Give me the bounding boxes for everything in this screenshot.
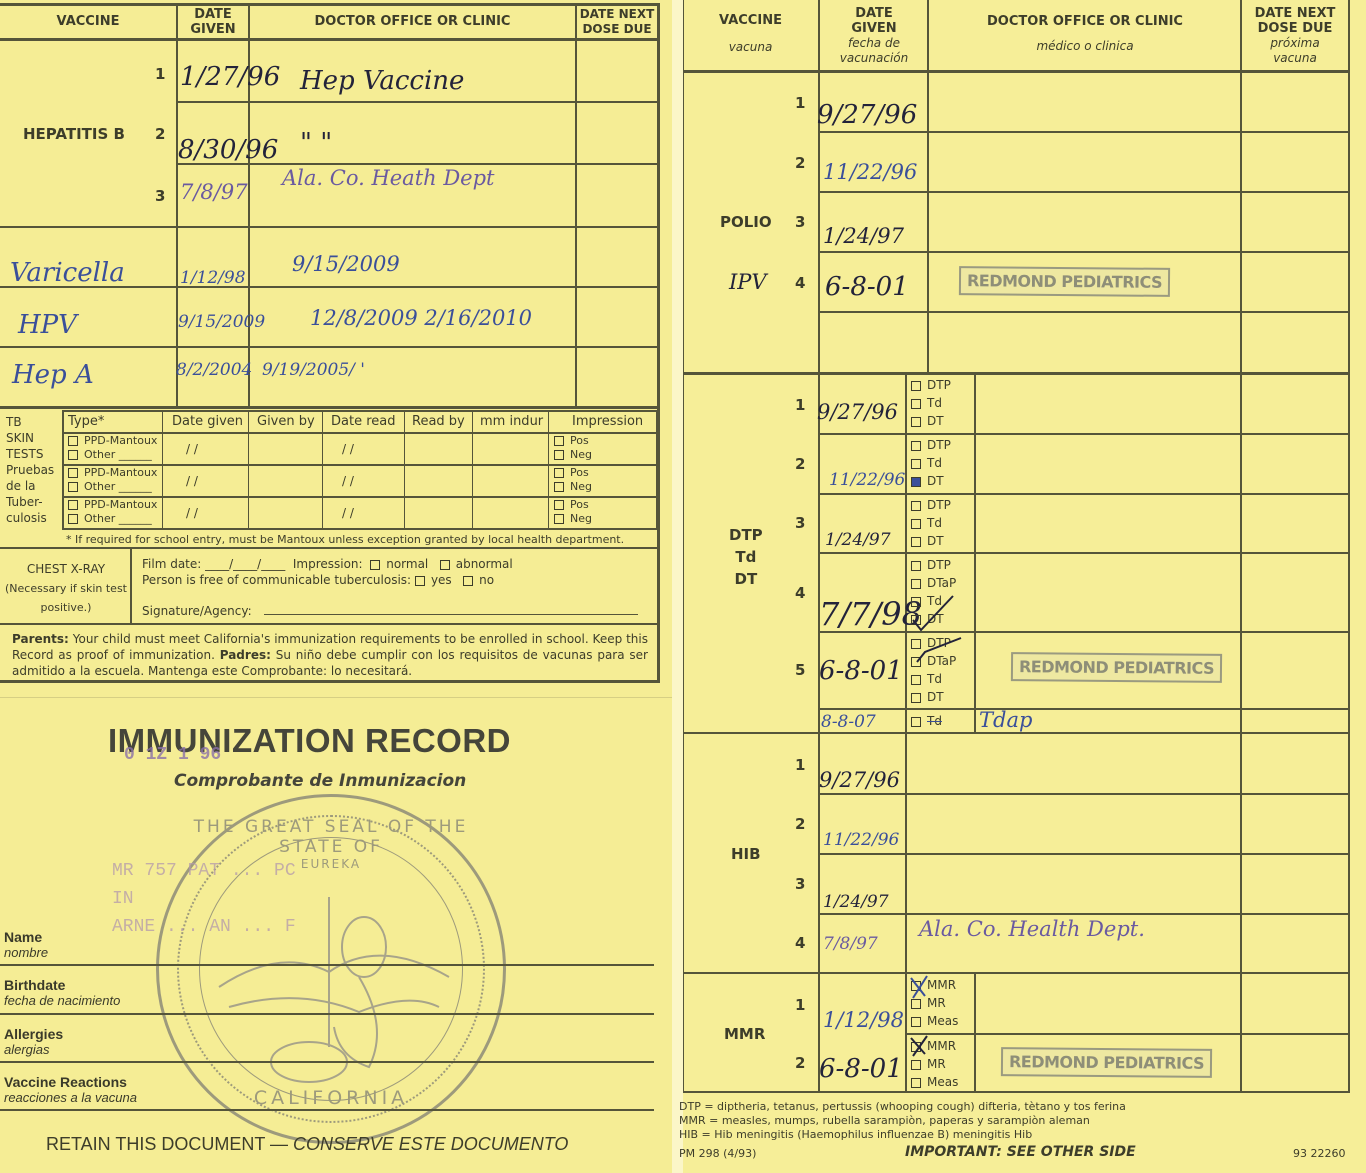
dose-number: 1 <box>795 996 805 1014</box>
checkbox[interactable] <box>911 693 921 703</box>
tb-side-label: TB SKIN TESTS Pruebas de la Tuber- culos… <box>6 414 54 526</box>
header-date-given: DATE GIVEN fecha de vacunación <box>820 6 928 66</box>
header-next-dose: DATE NEXT DOSE DUE <box>577 7 657 37</box>
field-vaccine-reactions: Vaccine Reactions reacciones a la vacuna <box>4 1074 137 1106</box>
dtp-dose5-date: 6-8-01 <box>819 656 903 686</box>
divider <box>820 311 1350 313</box>
divider <box>818 0 820 1093</box>
tb-row-2-date-given[interactable]: / / <box>186 474 198 488</box>
checkbox-checked[interactable] <box>911 501 921 511</box>
field-birthdate: Birthdate fecha de nacimiento <box>4 977 120 1009</box>
divider <box>0 226 658 228</box>
hib-dose1-date: 9/27/96 <box>819 768 900 792</box>
checkbox-normal[interactable] <box>370 560 380 570</box>
checkbox[interactable] <box>554 482 564 492</box>
checkbox-yes[interactable] <box>415 576 425 586</box>
dtp-booster-clinic: Tdap <box>979 708 1032 732</box>
dtp-booster-options: Td <box>911 712 942 730</box>
checkbox-no[interactable] <box>463 576 473 586</box>
divider <box>820 493 1350 495</box>
dose-number: 5 <box>795 661 805 679</box>
address-stamp: MR 757 PAT ... PC IN ARNE ... AN ... F <box>112 857 296 941</box>
seal-figure-icon <box>159 797 503 1141</box>
dtp-dose2-date: 11/22/96 <box>829 470 905 490</box>
record-subtitle: Comprobante de Inmunizacion <box>174 771 466 791</box>
header-next-dose: DATE NEXT DOSE DUE próxima vacuna <box>1243 6 1347 66</box>
checkbox[interactable] <box>554 468 564 478</box>
checkbox[interactable] <box>911 417 921 427</box>
checkbox[interactable] <box>911 561 921 571</box>
tb-col-date-read: Date read <box>331 415 395 429</box>
divider <box>683 70 1350 73</box>
divider <box>820 552 1350 554</box>
dose-number: 2 <box>795 1054 805 1072</box>
left-panel-front: VACCINE DATE GIVEN DOCTOR OFFICE OR CLIN… <box>0 0 672 1173</box>
tb-col-type: Type* <box>68 415 104 429</box>
dose-number: 2 <box>155 125 165 143</box>
dose-number: 2 <box>795 154 805 172</box>
divider <box>0 623 658 625</box>
tb-row-2-type: PPD-Mantoux Other ______ <box>68 466 157 494</box>
header-date-given: DATE GIVEN <box>178 7 248 37</box>
mmr-dose2-date: 6-8-01 <box>819 1054 903 1084</box>
clinic-stamp: REDMOND PEDIATRICS <box>959 266 1170 297</box>
dtp-dose1-date: 9/27/96 <box>817 400 898 424</box>
hepa-date-2: 9/19/2005/ ' <box>262 360 365 380</box>
divider <box>820 131 1350 133</box>
divider <box>322 410 323 530</box>
chest-xray-line1: Film date: ____/____/____ Impression: no… <box>142 557 513 571</box>
checkbox[interactable] <box>68 482 78 492</box>
signature-label: Signature/Agency: <box>142 604 252 618</box>
dose-number: 3 <box>795 213 805 231</box>
dtp-dose4-date: 7/7/98 <box>819 595 922 633</box>
dose-number: 1 <box>795 756 805 774</box>
divider <box>0 38 658 41</box>
checkbox[interactable] <box>68 436 78 446</box>
polio-dose3-date: 1/24/97 <box>823 224 904 248</box>
field-name: Name nombre <box>4 929 48 961</box>
dose-number: 4 <box>795 274 805 292</box>
divider <box>683 972 1350 974</box>
chest-xray-line2: Person is free of communicable tuberculo… <box>142 573 494 587</box>
vaccine-label-hepatitis-b: HEPATITIS B <box>23 125 125 143</box>
divider <box>683 372 1350 375</box>
varicella-date-2: 9/15/2009 <box>292 252 400 276</box>
divider <box>820 793 1350 795</box>
dose-number: 1 <box>795 94 805 112</box>
checkbox[interactable] <box>911 381 921 391</box>
divider <box>0 547 658 549</box>
tb-row-3-type: PPD-Mantoux Other ______ <box>68 498 157 526</box>
checkbox[interactable] <box>68 500 78 510</box>
tb-row-3-date-read[interactable]: / / <box>342 506 354 520</box>
reactions-input-line[interactable] <box>0 1109 654 1111</box>
tb-row-2-date-read[interactable]: / / <box>342 474 354 488</box>
polio-dose1-date: 9/27/96 <box>817 100 917 130</box>
tb-col-impression: Impression <box>572 415 643 429</box>
checkbox[interactable] <box>911 579 921 589</box>
tb-row-3-impression: Pos Neg <box>554 498 592 526</box>
divider <box>176 101 658 103</box>
divider <box>0 406 658 409</box>
tb-row-1-date-read[interactable]: / / <box>342 442 354 456</box>
chest-xray-label: CHEST X-RAY (Necessary if skin test posi… <box>4 560 128 617</box>
divider <box>820 433 1350 435</box>
checkbox-abnormal[interactable] <box>440 560 450 570</box>
divider <box>130 547 132 623</box>
varicella-label: Varicella <box>10 258 125 288</box>
clinic-stamp: REDMOND PEDIATRICS <box>1011 652 1222 683</box>
checkbox-checked[interactable] <box>911 477 921 487</box>
tb-row-1-type: PPD-Mantoux Other ______ <box>68 434 157 462</box>
checkbox[interactable] <box>911 459 921 469</box>
retain-notice: RETAIN THIS DOCUMENT — CONSERVE ESTE DOC… <box>46 1134 568 1155</box>
divider <box>820 708 1350 710</box>
tb-footnote: * If required for school entry, must be … <box>66 533 624 547</box>
right-panel-back: VACCINE vacuna DATE GIVEN fecha de vacun… <box>683 0 1366 1173</box>
hib-dose4-clinic: Ala. Co. Health Dept. <box>919 917 1145 941</box>
clinic-stamp: REDMOND PEDIATRICS <box>1001 1047 1212 1078</box>
polio-dose2-date: 11/22/96 <box>823 160 917 184</box>
varicella-date: 1/12/98 <box>180 268 246 288</box>
tb-col-mm-indur: mm indur <box>480 415 543 429</box>
parents-note: Parents: Your child must meet California… <box>12 631 648 679</box>
checkbox[interactable] <box>68 468 78 478</box>
header-vaccine: VACCINE vacuna <box>683 13 818 55</box>
form-number: PM 298 (4/93) <box>679 1147 756 1161</box>
hepb-dose2-date: 8/30/96 <box>178 135 278 165</box>
tb-col-read-by: Read by <box>412 415 465 429</box>
checkbox[interactable] <box>911 537 921 547</box>
signature-line[interactable] <box>264 614 638 615</box>
divider <box>548 410 549 530</box>
divider <box>404 410 405 530</box>
divider <box>683 732 1350 734</box>
vaccine-label-dtp: DTP Td DT <box>729 524 763 590</box>
dose-number: 4 <box>795 934 805 952</box>
divider <box>1240 0 1242 1093</box>
birthdate-input-line[interactable] <box>0 1013 654 1015</box>
header-vaccine: VACCINE <box>0 14 176 29</box>
checkbox[interactable] <box>911 717 921 727</box>
dtp-booster-date: 8-8-07 <box>821 712 876 732</box>
hpv-date: 9/15/2009 <box>178 312 265 332</box>
field-allergies: Allergies alergias <box>4 1026 63 1058</box>
checkbox[interactable] <box>911 1078 921 1088</box>
dose-number: 3 <box>155 187 165 205</box>
hib-dose3-date: 1/24/97 <box>823 892 889 912</box>
polio-dose4-date: 6-8-01 <box>825 272 909 302</box>
checkbox[interactable] <box>68 450 78 460</box>
hepb-dose1-date: 1/27/96 <box>180 62 280 92</box>
allergies-input-line[interactable] <box>0 1061 654 1063</box>
tb-row-3-date-given[interactable]: / / <box>186 506 198 520</box>
hepa-label: Hep A <box>12 360 94 390</box>
divider <box>905 1033 1350 1035</box>
divider <box>248 410 249 530</box>
checkbox[interactable] <box>554 450 564 460</box>
hib-dose4-date: 7/8/97 <box>823 934 878 954</box>
checkbox[interactable] <box>554 436 564 446</box>
divider <box>927 0 929 373</box>
tb-row-2-impression: Pos Neg <box>554 466 592 494</box>
state-seal-icon: THE GREAT SEAL OF THE STATE OF EUREKA CA… <box>156 794 506 1144</box>
tb-row-1-date-given[interactable]: / / <box>186 442 198 456</box>
mmr-dose1-date: 1/12/98 <box>823 1008 904 1032</box>
page-gutter <box>672 0 683 1173</box>
header-doctor-office: DOCTOR OFFICE OR CLINIC médico o clinica <box>929 14 1241 54</box>
vaccine-label-hib: HIB <box>731 845 761 863</box>
x-mark-icon <box>907 974 937 1064</box>
vaccine-label-polio: POLIO <box>720 213 772 231</box>
checkbox[interactable] <box>68 514 78 524</box>
hpv-later-dates: 12/8/2009 2/16/2010 <box>310 306 532 330</box>
fold-line <box>0 697 672 698</box>
name-input-line[interactable] <box>0 964 654 966</box>
header-doctor-office: DOCTOR OFFICE OR CLINIC <box>250 14 575 29</box>
dose-number: 4 <box>795 584 805 602</box>
divider <box>820 913 1350 915</box>
dose-number: 2 <box>795 455 805 473</box>
checkbox[interactable] <box>911 399 921 409</box>
ipv-note: IPV <box>729 270 767 294</box>
divider <box>472 410 473 530</box>
dtp-dose1-options: DTP Td DT <box>911 376 951 430</box>
tb-col-given-by: Given by <box>257 415 315 429</box>
dose-number: 3 <box>795 514 805 532</box>
hepb-dose2-clinic: " " <box>300 128 332 158</box>
dtp-dose3-date: 1/24/97 <box>825 530 891 550</box>
dtp-dose2-options: DTP Td DT <box>911 436 951 490</box>
dose-number: 2 <box>795 815 805 833</box>
checkbox[interactable] <box>554 514 564 524</box>
hepb-dose3-date: 7/8/97 <box>180 180 248 204</box>
checkmark-icon <box>909 590 969 670</box>
checkbox[interactable] <box>554 500 564 510</box>
dose-number: 3 <box>795 875 805 893</box>
form-code: 93 22260 <box>1293 1147 1346 1161</box>
tb-row-1-impression: Pos Neg <box>554 434 592 462</box>
checkbox[interactable] <box>911 441 921 451</box>
date-stamp: 0 1Z 1 96 <box>124 745 221 765</box>
divider <box>162 410 163 530</box>
hpv-label: HPV <box>18 310 77 340</box>
hib-dose2-date: 11/22/96 <box>823 830 899 850</box>
important-notice: IMPORTANT: SEE OTHER SIDE <box>905 1145 1136 1159</box>
hepb-dose1-clinic: Hep Vaccine <box>300 66 464 96</box>
hepa-date: 8/2/2004 <box>176 360 252 380</box>
divider <box>820 853 1350 855</box>
vaccine-label-mmr: MMR <box>724 1025 765 1043</box>
hepb-dose3-clinic: Ala. Co. Heath Dept <box>282 166 495 190</box>
dose-number: 1 <box>155 65 165 83</box>
checkbox[interactable] <box>911 675 921 685</box>
divider <box>820 191 1350 193</box>
film-date-field[interactable]: Film date: ____/____/____ <box>142 557 285 571</box>
dtp-dose3-options: DTP Td DT <box>911 496 951 550</box>
legend: DTP = diptheria, tetanus, pertussis (who… <box>679 1100 1126 1142</box>
divider <box>820 251 1350 253</box>
checkbox[interactable] <box>911 519 921 529</box>
tb-col-date-given: Date given <box>172 415 243 429</box>
dose-number: 1 <box>795 396 805 414</box>
divider <box>0 346 658 348</box>
